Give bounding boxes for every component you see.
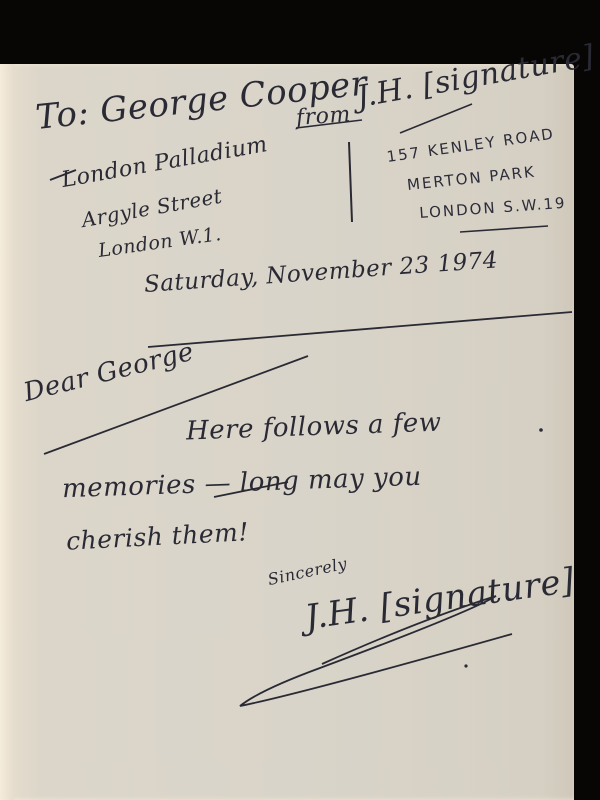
photo-scene: To: George Cooper London Palladium Argyl… bbox=[0, 0, 600, 800]
from-label: from bbox=[295, 102, 351, 131]
